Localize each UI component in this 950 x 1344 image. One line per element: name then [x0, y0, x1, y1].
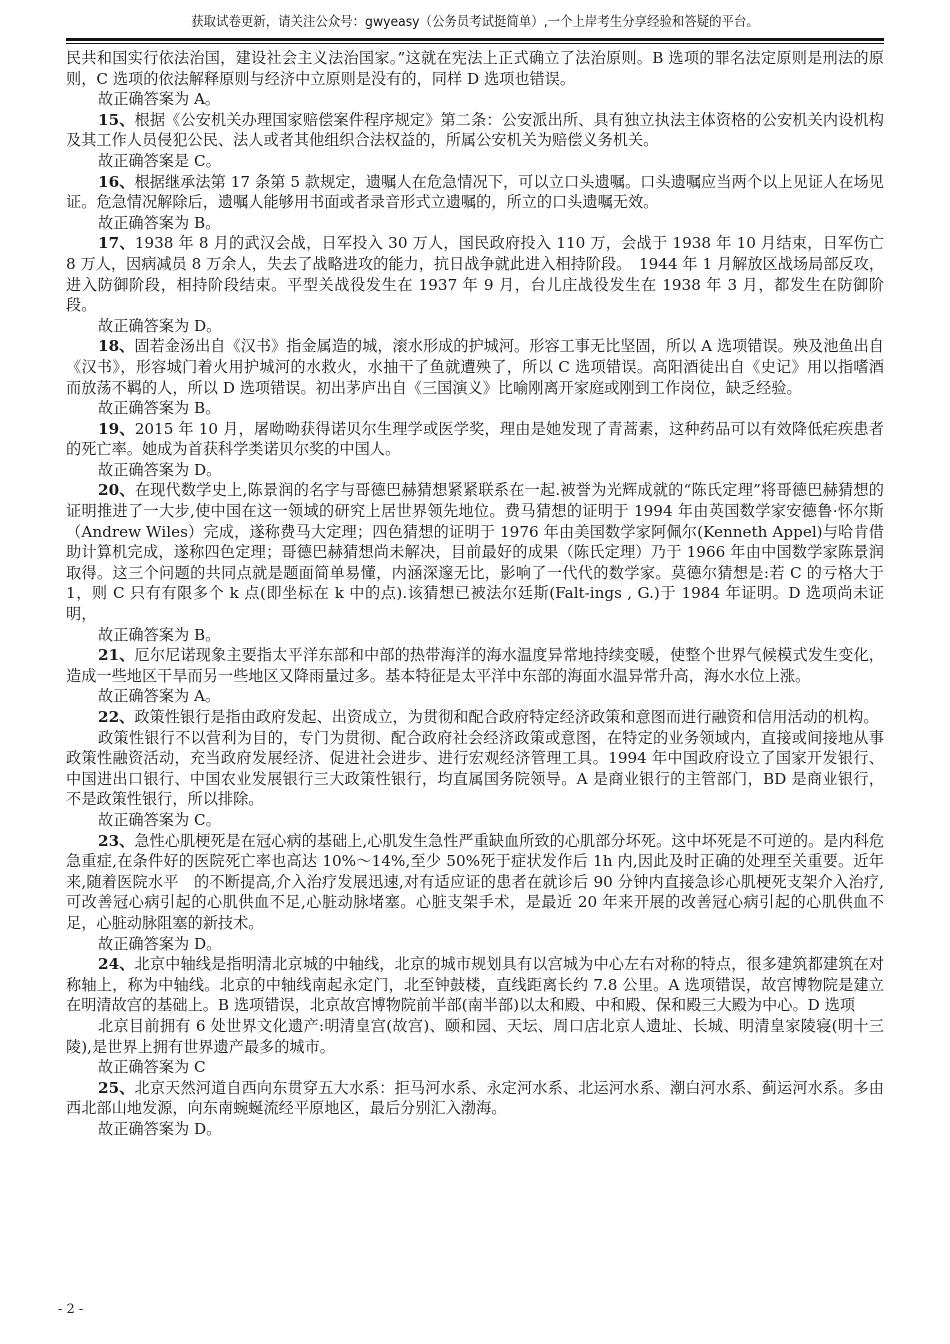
answer-line: 故正确答案为 A。 — [66, 686, 884, 707]
question-number: 22、 — [98, 708, 134, 726]
question-number: 24、 — [98, 955, 135, 973]
answer-line: 故正确答案为 B。 — [66, 398, 884, 419]
answer-line: 故正确答案为 D。 — [66, 934, 884, 955]
question-16: 16、根据继承法第 17 条第 5 款规定，遗嘱人在危急情况下，可以立口头遗嘱。… — [66, 172, 884, 213]
question-number: 17、 — [98, 234, 135, 252]
document-body: 民共和国实行依法治国，建设社会主义法治国家。”这就在宪法上正式确立了法治原则。B… — [66, 48, 884, 1139]
question-24: 24、北京中轴线是指明清北京城的中轴线，北京的城市规划具有以宫城为中心左右对称的… — [66, 954, 884, 1016]
question-text: 根据继承法第 17 条第 5 款规定，遗嘱人在危急情况下，可以立口头遗嘱。口头遗… — [66, 173, 884, 212]
page-header-notice: 获取试卷更新，请关注公众号：gwyeasy（公务员考试挺简单）,一个上岸考生分享… — [99, 12, 852, 32]
answer-line: 故正确答案为 D。 — [66, 460, 884, 481]
answer-line: 故正确答案为 D。 — [66, 1119, 884, 1140]
question-22: 22、政策性银行是指由政府发起、出资成立，为贯彻和配合政府特定经济政策和意图而进… — [66, 707, 884, 728]
question-number: 16、 — [98, 173, 134, 191]
question-text: 政策性银行是指由政府发起、出资成立，为贯彻和配合政府特定经济政策和意图而进行融资… — [134, 708, 878, 726]
question-number: 25、 — [98, 1079, 135, 1097]
question-text: 北京天然河道自西向东贯穿五大水系：拒马河水系、永定河水系、北运河水系、潮白河水系… — [66, 1079, 884, 1118]
question-21: 21、厄尔尼诺现象主要指太平洋东部和中部的热带海洋的海水温度异常地持续变暖，使整… — [66, 645, 884, 686]
answer-line: 故正确答案为 C — [66, 1057, 884, 1078]
question-text: 2015 年 10 月，屠呦呦获得诺贝尔生理学或医学奖，理由是她发现了青蒿素，这… — [66, 420, 884, 459]
question-number: 19、 — [98, 420, 135, 438]
question-text: 急性心肌梗死是在冠心病的基础上,心肌发生急性严重缺血所致的心肌部分坏死。这中坏死… — [66, 832, 884, 932]
question-24-explanation: 北京目前拥有 6 处世界文化遗产:明清皇宫(故宫)、颐和园、天坛、周口店北京人遗… — [66, 1016, 884, 1057]
question-15: 15、根据《公安机关办理国家赔偿案件程序规定》第二条：公安派出所、具有独立执法主… — [66, 110, 884, 151]
question-text: 1938 年 8 月的武汉会战，日军投入 30 万人，国民政府投入 110 万，… — [66, 234, 884, 314]
answer-line: 故正确答案为 A。 — [66, 89, 884, 110]
answer-line: 故正确答案为 B。 — [66, 625, 884, 646]
question-text: 根据《公安机关办理国家赔偿案件程序规定》第二条：公安派出所、具有独立执法主体资格… — [66, 111, 884, 150]
continuation-paragraph: 民共和国实行依法治国，建设社会主义法治国家。”这就在宪法上正式确立了法治原则。B… — [66, 48, 884, 89]
answer-line: 故正确答案为 B。 — [66, 213, 884, 234]
question-20: 20、在现代数学史上,陈景润的名字与哥德巴赫猜想紧紧联系在一起.被誉为光辉成就的… — [66, 480, 884, 624]
answer-line: 故正确答案为 D。 — [66, 316, 884, 337]
question-25: 25、北京天然河道自西向东贯穿五大水系：拒马河水系、永定河水系、北运河水系、潮白… — [66, 1078, 884, 1119]
question-19: 19、2015 年 10 月，屠呦呦获得诺贝尔生理学或医学奖，理由是她发现了青蒿… — [66, 419, 884, 460]
question-text: 固若金汤出自《汉书》指金属造的城，滚水形成的护城河。形容工事无比坚固，所以 A … — [66, 337, 884, 396]
question-23: 23、急性心肌梗死是在冠心病的基础上,心肌发生急性严重缺血所致的心肌部分坏死。这… — [66, 831, 884, 934]
question-number: 20、 — [98, 481, 135, 499]
header-double-rule — [66, 38, 884, 44]
question-number: 21、 — [98, 646, 135, 664]
question-17: 17、1938 年 8 月的武汉会战，日军投入 30 万人，国民政府投入 110… — [66, 233, 884, 315]
question-text: 厄尔尼诺现象主要指太平洋东部和中部的热带海洋的海水温度异常地持续变暖，使整个世界… — [66, 646, 884, 685]
question-number: 15、 — [98, 111, 135, 129]
question-22-explanation: 政策性银行不以营利为目的，专门为贯彻、配合政府社会经济政策或意图，在特定的业务领… — [66, 728, 884, 810]
page-number: - 2 - — [58, 1302, 83, 1317]
question-number: 18、 — [98, 337, 134, 355]
question-text: 在现代数学史上,陈景润的名字与哥德巴赫猜想紧紧联系在一起.被誉为光辉成就的“陈氏… — [66, 481, 884, 623]
question-number: 23、 — [98, 832, 134, 850]
question-text: 北京中轴线是指明清北京城的中轴线，北京的城市规划具有以宫城为中心左右对称的特点，… — [66, 955, 884, 1014]
answer-line: 故正确答案是 C。 — [66, 151, 884, 172]
question-18: 18、固若金汤出自《汉书》指金属造的城，滚水形成的护城河。形容工事无比坚固，所以… — [66, 336, 884, 398]
answer-line: 故正确答案为 C。 — [66, 810, 884, 831]
